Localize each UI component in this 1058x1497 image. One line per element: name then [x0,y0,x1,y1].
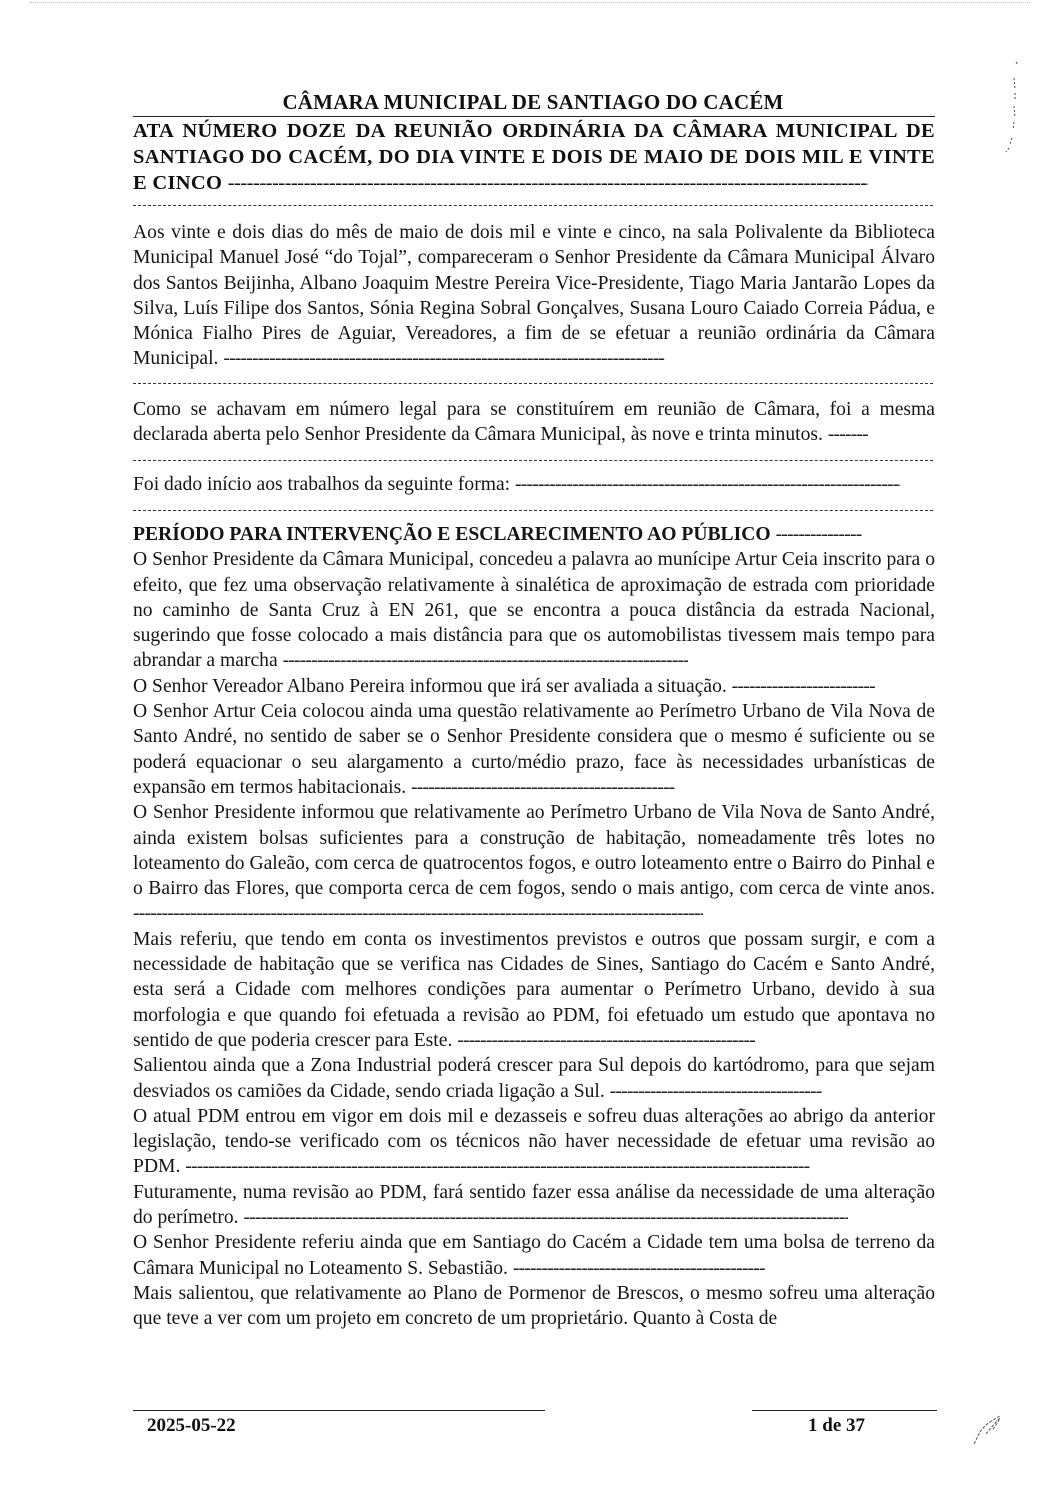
dashed-separator [133,383,933,384]
dash-filler: ----------------------------------------… [133,901,703,926]
minutes-title: ATA NÚMERO DOZE DA REUNIÃO ORDINÁRIA DA … [133,118,935,196]
page-number: 1 de 37 [808,1415,865,1437]
footer-divider-right [752,1410,937,1411]
paragraph-start: Foi dado início aos trabalhos da seguint… [133,472,935,497]
dash-filler: ----------------------------------------… [515,472,900,497]
dash-filler: ------------------------------------- [610,1081,822,1102]
dash-filler: ----------------------------------------… [283,648,688,673]
dashed-separator [133,510,933,511]
paragraph-text: Mais salientou, que relativamente ao Pla… [133,1283,935,1329]
margin-handwritten-mark-icon [1000,60,1030,170]
paragraph-text: O Senhor Presidente informou que relativ… [133,802,935,899]
dash-filler: --------------- [776,524,862,545]
dash-filler: ------- [828,424,868,445]
dash-filler: ----------------------------------------… [243,1205,848,1230]
dash-filler: ----------------------------------------… [223,348,664,369]
dash-filler: ----------------------------------------… [411,777,674,798]
dashed-separator [133,205,933,206]
dashed-separator [133,460,933,461]
paragraph-opening: Como se achavam em número legal para se … [133,397,935,448]
signature-initials-icon [970,1408,1010,1448]
dash-filler: ----------------------------------------… [457,1030,755,1051]
dash-filler: ----------------------------------------… [513,1258,765,1279]
minutes-title-trail: ----------------------------------------… [228,170,868,196]
council-header: CÂMARA MUNICIPAL DE SANTIAGO DO CACÉM [133,90,933,115]
opening-text: Como se achavam em número legal para se … [133,399,935,445]
public-period-section: PERÍODO PARA INTERVENÇÃO E ESCLARECIMENT… [133,522,935,1332]
paragraph-text: O Senhor Vereador Albano Pereira informo… [133,676,727,697]
dash-filler: ----------------------------------------… [185,1154,845,1179]
header-divider [133,116,935,117]
footer-date: 2025-05-22 [147,1415,236,1437]
paragraph-attendance: Aos vinte e dois dias do mês de maio de … [133,220,935,372]
start-text: Foi dado início aos trabalhos da seguint… [133,474,510,495]
document-page: CÂMARA MUNICIPAL DE SANTIAGO DO CACÉM AT… [0,0,1058,1497]
dash-filler: ------------------------- [732,676,875,697]
footer-divider-left [133,1410,545,1411]
section-heading: PERÍODO PARA INTERVENÇÃO E ESCLARECIMENT… [133,524,771,545]
scan-artifact [30,2,1030,6]
